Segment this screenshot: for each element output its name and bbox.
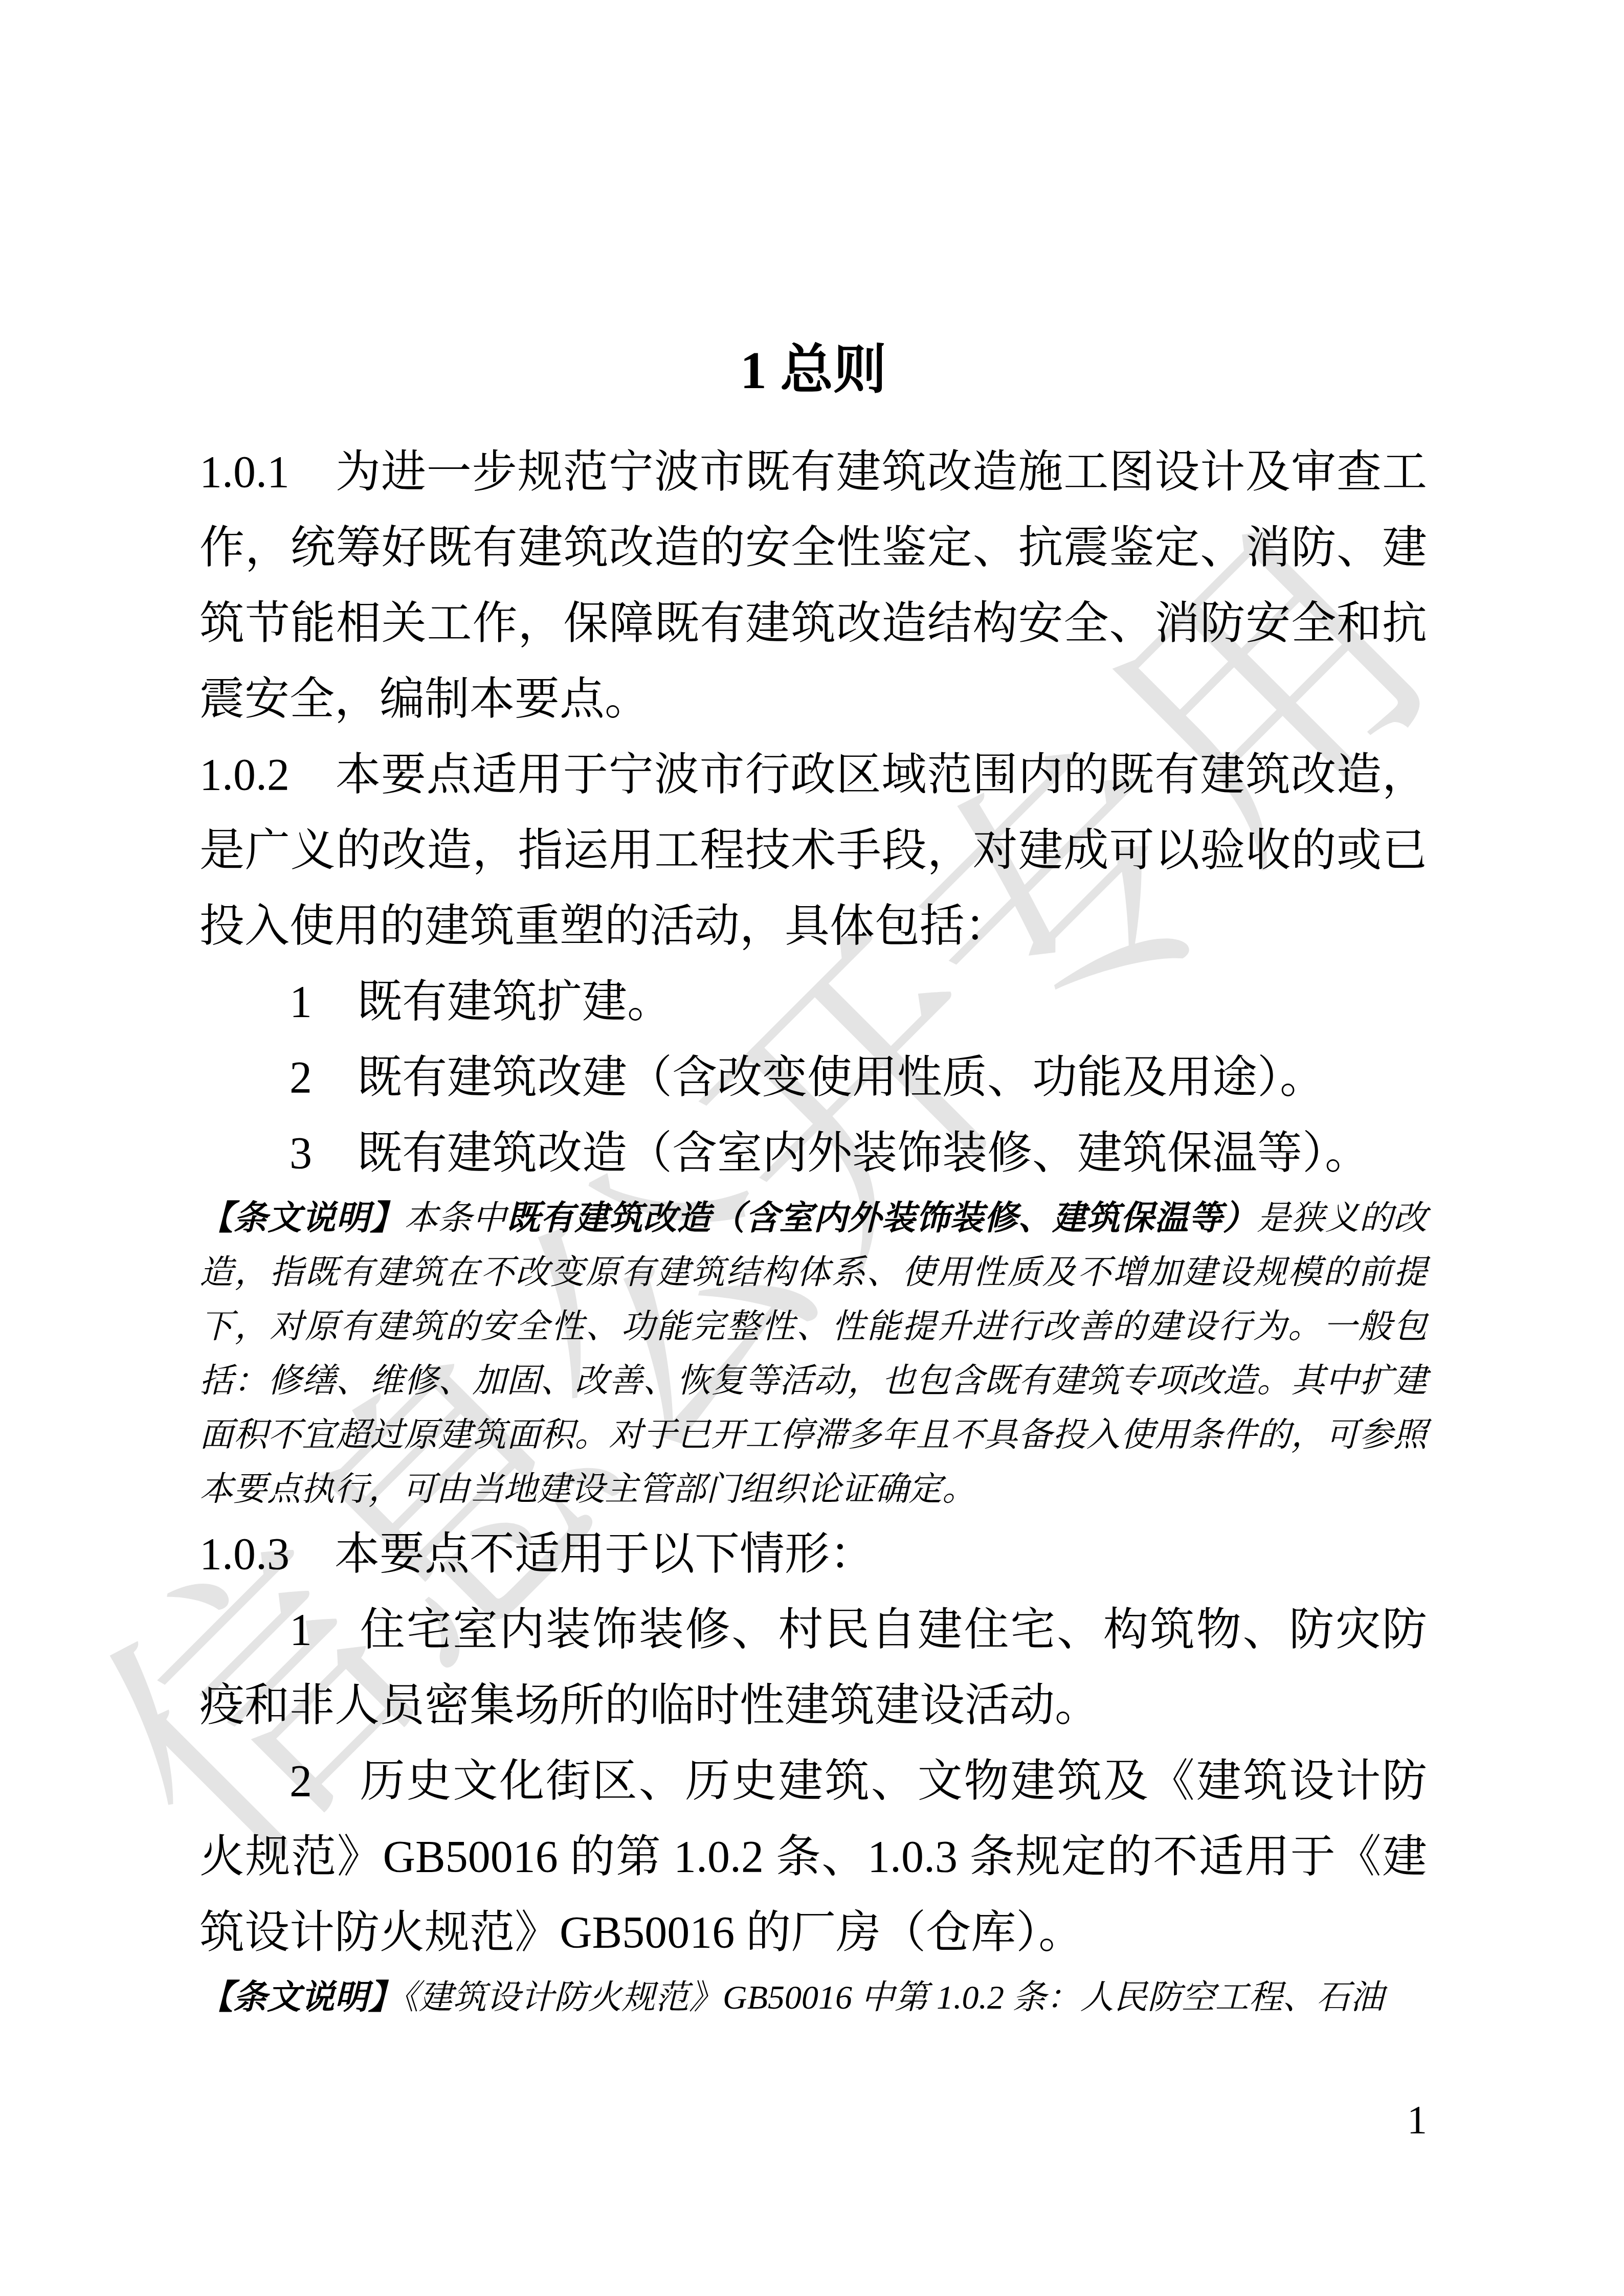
paragraph-body: 1.0.1 为进一步规范宁波市既有建筑改造施工图设计及审查工作，统筹好既有建筑改…	[199, 435, 1427, 737]
paragraph-item: 3 既有建筑改造（含室内外装饰装修、建筑保温等）。	[199, 1116, 1427, 1191]
page-content: 1 总则 1.0.1 为进一步规范宁波市既有建筑改造施工图设计及审查工作，统筹好…	[199, 327, 1427, 2025]
paragraph-body: 1.0.2 本要点适用于宁波市行政区域范围内的既有建筑改造，是广义的改造，指运用…	[199, 737, 1427, 964]
paragraphs: 1.0.1 为进一步规范宁波市既有建筑改造施工图设计及审查工作，统筹好既有建筑改…	[199, 435, 1427, 2025]
text-run: 1.0.1 为进一步规范宁波市既有建筑改造施工图设计及审查工作，统筹好既有建筑改…	[199, 447, 1427, 724]
text-run: 1 住宅室内装饰装修、村民自建住宅、构筑物、防灾防疫和非人员密集场所的临时性建筑…	[199, 1605, 1427, 1730]
text-run: 1.0.3 本要点不适用于以下情形：	[199, 1529, 875, 1579]
text-run: 2 历史文化街区、历史建筑、文物建筑及《建筑设计防火规范》GB50016 的第 …	[199, 1757, 1427, 1957]
bold-text-run: 既有建筑改造（含室内外装饰装修、建筑保温等）	[506, 1200, 1257, 1237]
paragraph-note: 【条文说明】本条中既有建筑改造（含室内外装饰装修、建筑保温等）是狭义的改造，指既…	[199, 1191, 1427, 1517]
text-run: 1 既有建筑扩建。	[290, 977, 672, 1027]
document-page: 信息公开专用 1 总则 1.0.1 为进一步规范宁波市既有建筑改造施工图设计及审…	[0, 0, 1624, 2296]
text-run: 《建筑设计防火规范》GB50016 中第 1.0.2 条：人民防空工程、石油	[402, 1979, 1384, 2016]
paragraph-item: 2 既有建筑改建（含改变使用性质、功能及用途）。	[199, 1040, 1427, 1116]
page-number: 1	[1407, 2097, 1427, 2143]
paragraph-note: 【条文说明】《建筑设计防火规范》GB50016 中第 1.0.2 条：人民防空工…	[199, 1971, 1427, 2025]
paragraph-item: 1 住宅室内装饰装修、村民自建住宅、构筑物、防灾防疫和非人员密集场所的临时性建筑…	[199, 1592, 1427, 1744]
text-run: 2 既有建筑改建（含改变使用性质、功能及用途）。	[290, 1053, 1325, 1102]
text-run: 3 既有建筑改造（含室内外装饰装修、建筑保温等）。	[290, 1129, 1370, 1178]
bold-text-run: 【条文说明】	[199, 1200, 404, 1237]
chapter-title: 1 总则	[199, 327, 1427, 414]
paragraph-body: 1.0.3 本要点不适用于以下情形：	[199, 1517, 1427, 1592]
text-run: 本条中	[404, 1200, 506, 1237]
text-run: 1.0.2 本要点适用于宁波市行政区域范围内的既有建筑改造，是广义的改造，指运用…	[199, 750, 1427, 951]
paragraph-item: 1 既有建筑扩建。	[199, 964, 1427, 1040]
paragraph-item: 2 历史文化街区、历史建筑、文物建筑及《建筑设计防火规范》GB50016 的第 …	[199, 1744, 1427, 1971]
text-run: 是狭义的改造，指既有建筑在不改变原有建筑结构体系、使用性质及不增加建设规模的前提…	[199, 1200, 1427, 1508]
bold-text-run: 【条文说明】	[199, 1979, 402, 2016]
